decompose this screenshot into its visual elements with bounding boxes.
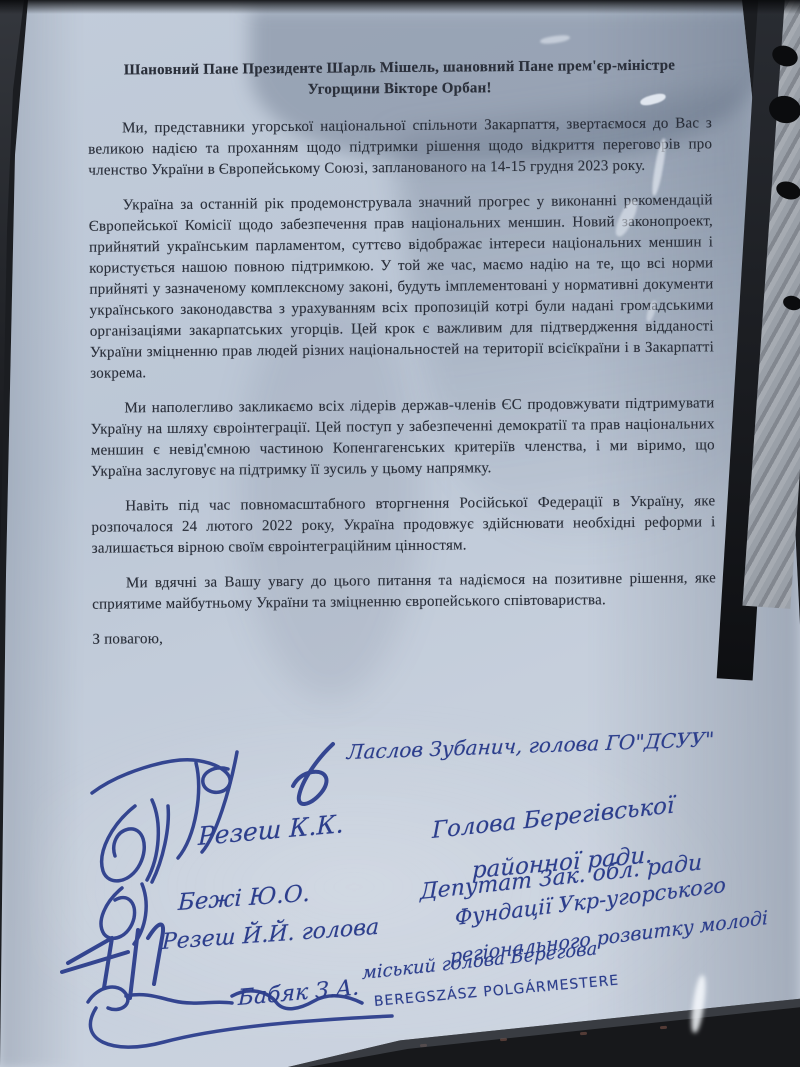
letter-paragraph-1: Ми, представники угорської національної …: [88, 113, 713, 181]
letter-body: Шановний Пане Президенте Шарль Мішель, ш…: [87, 55, 716, 650]
handwritten-line: Бежі Ю.О.: [178, 881, 311, 916]
signature-scribble: [102, 806, 145, 881]
document-paper: Шановний Пане Президенте Шарль Мішель, ш…: [0, 0, 800, 1067]
sleeve-stitch-mark: [580, 1032, 587, 1035]
handwritten-line: Резеш Й.Й. голова: [162, 915, 380, 955]
signature-scribble: [92, 760, 230, 793]
letter-paragraph-4: Навіть під час повномасштабного вторгнен…: [91, 491, 716, 559]
paper-shadow-left: [0, 0, 80, 1067]
signature-flourish: [293, 744, 333, 804]
letter-paragraph-5: Ми вдячні за Вашу увагу до цього питання…: [92, 568, 716, 615]
letter-paragraph-2: Україна за останній рік продемонструвала…: [89, 190, 715, 384]
photo-canvas: Шановний Пане Президенте Шарль Мішель, ш…: [0, 0, 800, 1067]
letter-closing: З повагою,: [92, 624, 716, 650]
handwritten-line: Резеш К.К.: [198, 809, 344, 851]
signature-scribble: [101, 884, 146, 944]
plastic-scratch: [540, 34, 571, 45]
letter-salutation: Шановний Пане Президенте Шарль Мішель, ш…: [87, 55, 711, 102]
signature-scribble: [62, 924, 163, 998]
signature-underline-scribble: [90, 1008, 392, 1047]
handwritten-line: Ласлов Зубанич, голова ГО"ДСУУ": [346, 727, 715, 764]
handwritten-line: Голова Берегівської: [432, 792, 674, 844]
sleeve-stitch-mark: [660, 1026, 667, 1029]
signature-scribble: [147, 800, 168, 882]
signature-scribble: [88, 987, 232, 1010]
letter-paragraph-3: Ми наполегливо закликаємо всіх лідерів д…: [90, 393, 715, 482]
photo-top-edge: [0, 0, 800, 14]
handwritten-line: Бабяк З.А.: [238, 975, 360, 1011]
